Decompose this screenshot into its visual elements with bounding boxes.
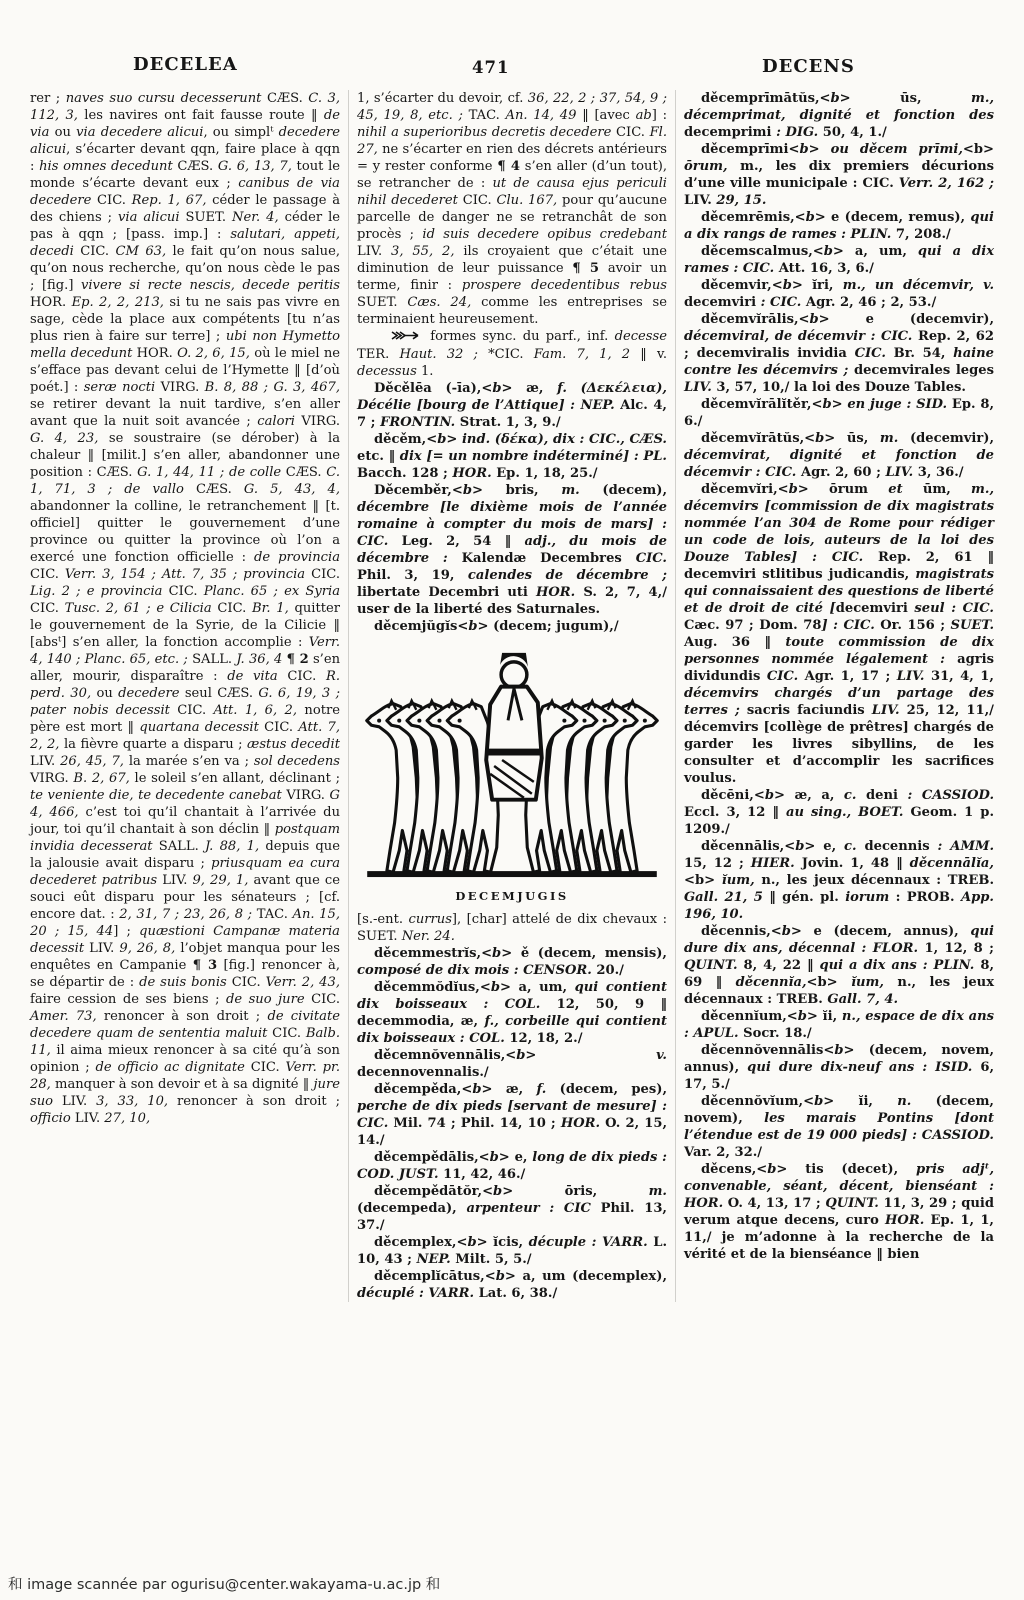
page-number: 471 <box>472 58 509 77</box>
column-3: děcemprīmātŭs,<b> ūs, m., décemprimat, d… <box>675 90 1002 1302</box>
entry-paragraph: děcennālis,<b> e, c. decennis : AMM. 15,… <box>684 838 994 923</box>
header-right-title: DECENS <box>762 56 855 77</box>
header-left-title: DECELEA <box>133 54 238 75</box>
entry-paragraph: děcennĭum,<b> ĭi, n., espace de dix ans … <box>684 1008 994 1042</box>
entry-paragraph: děcens,<b> tis (decet), pris adjᵗ, conve… <box>684 1161 994 1263</box>
entry-paragraph: Děcělēa (-īa),<b> æ, f. (Δεκέλεια), Décé… <box>357 380 667 431</box>
entry-paragraph: děcemjŭgĭs<b> (decem; jugum),/ <box>357 618 667 635</box>
entry-paragraph: Děcemběr,<b> bris, m. (decem), décembre … <box>357 482 667 618</box>
entry-paragraph: děcennis,<b> e (decem, annus), qui dure … <box>684 923 994 1008</box>
entry-paragraph: děcemnŏvennālis,<b> v. decennovennalis./ <box>357 1047 667 1081</box>
figure-caption: DECEMJUGIS <box>357 888 667 905</box>
scan-attribution: 和 image scannée par ogurisu@center.wakay… <box>8 1573 440 1594</box>
running-head: DECELEA 471 DECENS <box>0 54 1024 84</box>
entry-paragraph: [s.-ent. currus], [char] attelé de dix c… <box>357 911 667 945</box>
entry-paragraph: rer ; naves suo cursu decesserunt CÆS. C… <box>30 90 340 1127</box>
entry-paragraph: děcennŏvĭum,<b> ĭi, n. (decem, novem), l… <box>684 1093 994 1161</box>
entry-paragraph: děcemplĭcātus,<b> a, um (decemplex), déc… <box>357 1268 667 1302</box>
horse-team-left <box>367 701 499 873</box>
syncopated-forms-arrow-icon <box>374 329 421 346</box>
entry-paragraph: děcemvĭri,<b> ōrum et ūm, m., décemvirs … <box>684 481 994 787</box>
entry-paragraph: děcemvĭrātŭs,<b> ūs, m. (decemvir), déce… <box>684 430 994 481</box>
entry-paragraph: děcemplex,<b> ĭcis, décuple : VARR. L. 1… <box>357 1234 667 1268</box>
entry-paragraph: formes sync. du parf., inf. decesse TER.… <box>357 328 667 380</box>
entry-paragraph: děcemprīmātŭs,<b> ūs, m., décemprimat, d… <box>684 90 994 141</box>
entry-paragraph: děcemvĭrālĭtěr,<b> en juge : SID. Ep. 8,… <box>684 396 994 430</box>
column-1: rer ; naves suo cursu decesserunt CÆS. C… <box>22 90 348 1302</box>
entry-paragraph: děcemscalmus,<b> a, um, qui a dix rames … <box>684 243 994 277</box>
entry-paragraph: děcěm,<b> ind. (δέκα), dix : CIC., CÆS. … <box>357 431 667 482</box>
horse-team-right <box>526 701 658 873</box>
entry-paragraph: děcemmestrĭs,<b> ě (decem, mensis), comp… <box>357 945 667 979</box>
decemjugis-figure: DECEMJUGIS <box>357 643 667 905</box>
dictionary-page: DECELEA 471 DECENS rer ; naves suo cursu… <box>0 0 1024 1600</box>
entry-paragraph: děcemrēmis,<b> e (decem, remus), qui a d… <box>684 209 994 243</box>
column-2: 1, s’écarter du devoir, cf. 36, 22, 2 ; … <box>348 90 675 1302</box>
entry-paragraph: děcempědātŏr,<b> ōris, m. (decempeda), a… <box>357 1183 667 1234</box>
ground-line <box>367 871 657 877</box>
entry-paragraph: děcempěda,<b> æ, f. (decem, pes), perche… <box>357 1081 667 1149</box>
entry-paragraph: děcēni,<b> æ, a, c. deni : CASSIOD. Eccl… <box>684 787 994 838</box>
entry-paragraph: děcemprīmi<b> ou děcem prīmi,<b> ōrum, m… <box>684 141 994 209</box>
entry-paragraph: děcennŏvennālis<b> (decem, novem, annus)… <box>684 1042 994 1093</box>
charioteer-figure <box>486 653 542 800</box>
entry-paragraph: 1, s’écarter du devoir, cf. 36, 22, 2 ; … <box>357 90 667 328</box>
column-2-lower-text: [s.-ent. currus], [char] attelé de dix c… <box>357 911 667 1302</box>
entry-paragraph: děcemvir,<b> ĭri, m., un décemvir, v. de… <box>684 277 994 311</box>
text-columns: rer ; naves suo cursu decesserunt CÆS. C… <box>22 90 1002 1302</box>
entry-paragraph: děcemvĭrālis,<b> e (decemvir), décemvira… <box>684 311 994 396</box>
column-2-upper-text: 1, s’écarter du devoir, cf. 36, 22, 2 ; … <box>357 90 667 635</box>
entry-paragraph: děcemmŏdĭus,<b> a, um, qui contient dix … <box>357 979 667 1047</box>
entry-paragraph: děcempědālis,<b> e, long de dix pieds : … <box>357 1149 667 1183</box>
ten-horse-chariot-illustration <box>363 643 661 883</box>
